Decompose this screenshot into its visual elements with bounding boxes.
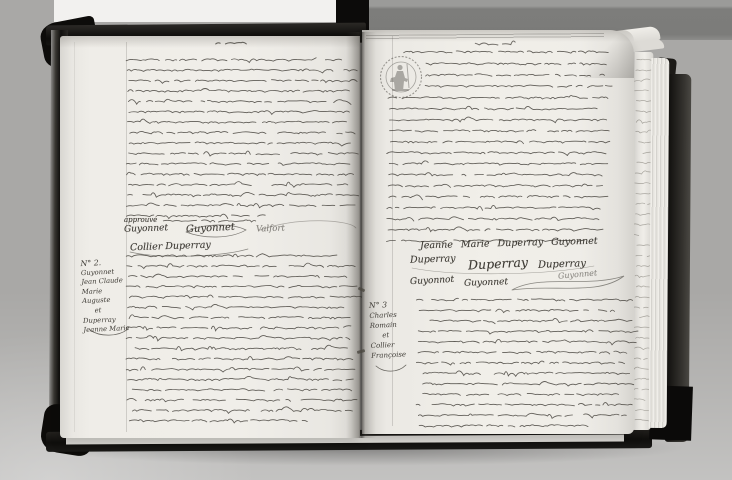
signature: Guyonnet <box>124 223 168 235</box>
right-page: Jeanne Marie Duperray Guyonnet Duperray … <box>362 30 634 434</box>
background-white-band <box>54 0 338 22</box>
signature: Duperray <box>468 254 529 272</box>
page-stack-fore-edge <box>649 58 670 428</box>
left-page: approuvé Guyonnet Guyonnet Valfort Colli… <box>60 36 360 438</box>
signature: Valfort <box>256 223 285 234</box>
signature: Duperray <box>410 253 456 266</box>
photo-of-register-book: approuvé Guyonnet Guyonnet Valfort Colli… <box>0 0 732 480</box>
margin-note-record-2: N° 2. Guyonnet Jean Claude Marie Auguste… <box>80 257 131 336</box>
handwritten-text-left <box>60 36 360 438</box>
handwritten-text-right <box>362 30 634 434</box>
book-gutter-shadow <box>346 32 376 438</box>
signature: Guyonnet <box>464 277 508 289</box>
